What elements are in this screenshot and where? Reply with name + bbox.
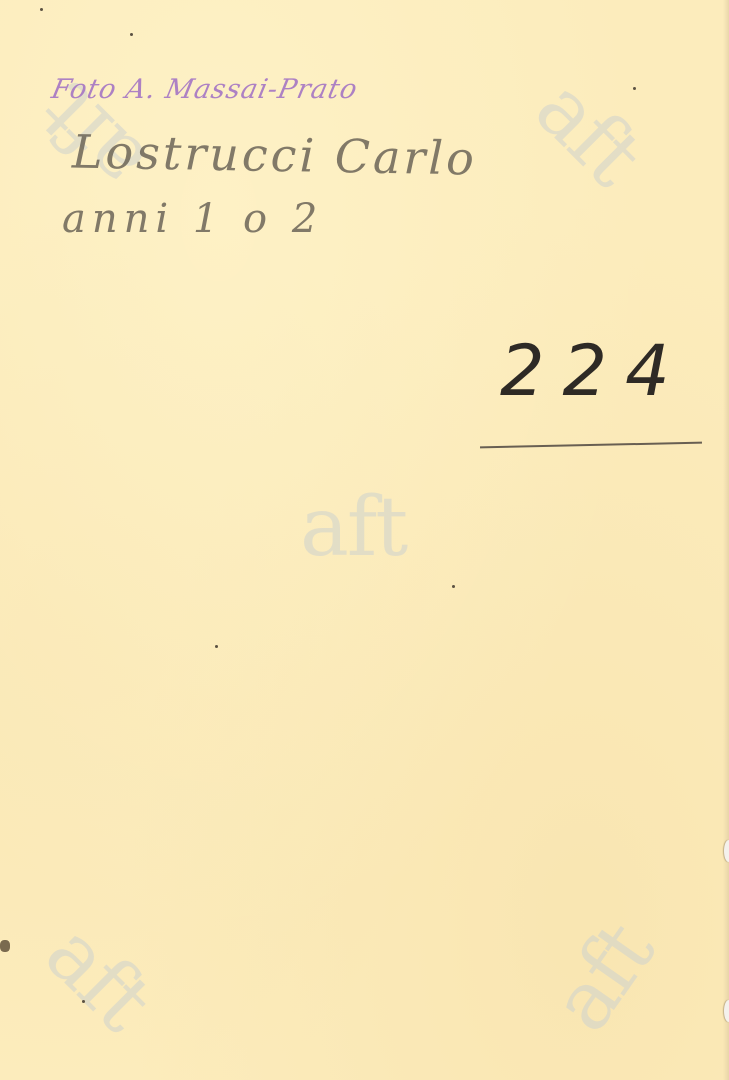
paper-speck (130, 33, 133, 36)
paper-stain (0, 940, 10, 952)
card-right-edge (723, 0, 729, 1080)
watermark: aft (517, 61, 659, 203)
paper-speck (40, 8, 43, 11)
paper-speck (215, 645, 218, 648)
edge-notch (724, 840, 729, 862)
watermark: aft (300, 480, 406, 575)
photo-card-back: aft aft aft aft aft Foto A. Massai-Prato… (0, 0, 729, 1080)
photographer-stamp: Foto A. Massai-Prato (49, 74, 361, 105)
catalog-number-underline (480, 442, 702, 449)
paper-speck (633, 87, 636, 90)
catalog-number: 224 (500, 330, 688, 412)
handwritten-age: anni 1 o 2 (62, 196, 323, 242)
watermark: aft (534, 907, 673, 1048)
edge-notch (724, 1000, 729, 1022)
paper-speck (452, 585, 455, 588)
handwritten-name: Lostrucci Carlo (72, 124, 478, 185)
watermark: aft (27, 906, 169, 1048)
paper-speck (82, 1000, 85, 1003)
